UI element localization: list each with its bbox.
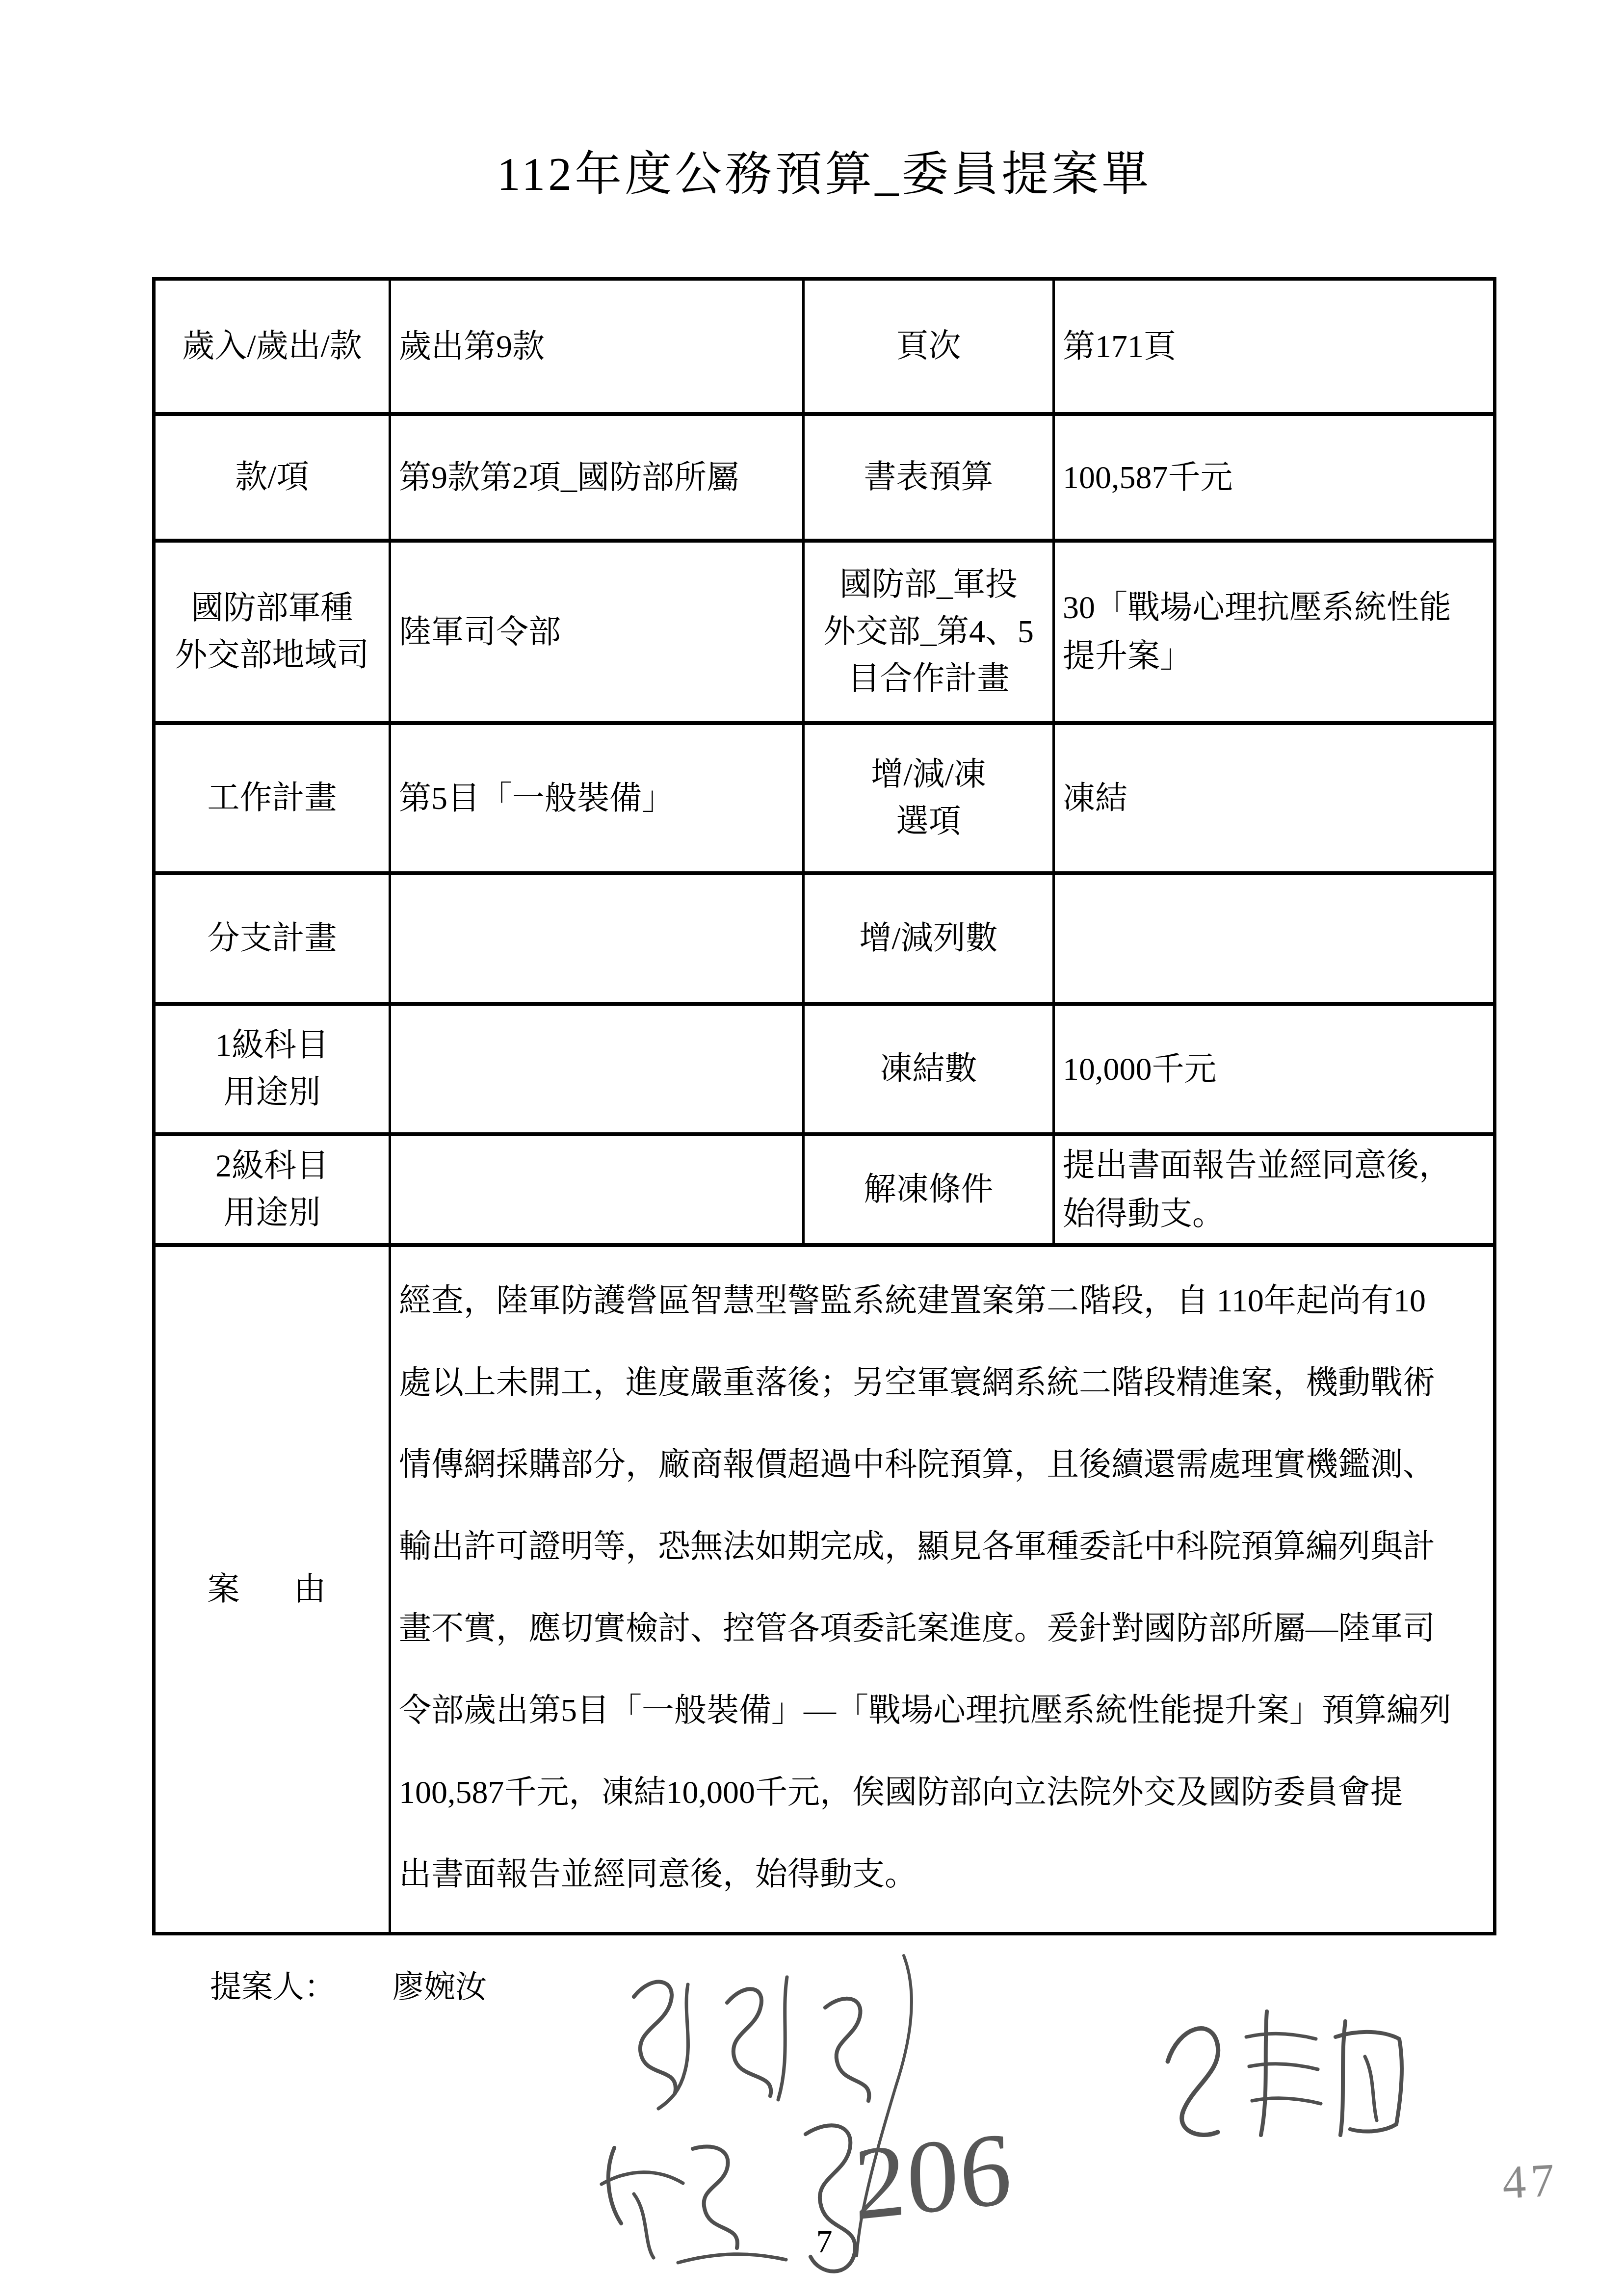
case-reason-text: 經查，陸軍防護營區智慧型警監系統建置案第二階段，自 110年起尚有10 處以上未… bbox=[391, 1247, 1493, 1932]
adjust-option-value: 凍結 bbox=[1055, 725, 1493, 875]
page-index-label: 頁次 bbox=[805, 281, 1055, 416]
level2-subject-label: 2級科目 用途別 bbox=[156, 1136, 391, 1247]
adjust-option-label: 增/減/凍 選項 bbox=[805, 725, 1055, 875]
frozen-amount-value: 10,000千元 bbox=[1055, 1006, 1493, 1136]
book-budget-label: 書表預算 bbox=[805, 416, 1055, 543]
handwritten-number-206: 206 bbox=[852, 2116, 1014, 2237]
case-reason-label: 案 由 bbox=[156, 1247, 391, 1932]
case-reason-line: 畫不實，應切實檢討、控管各項委託案進度。爰針對國防部所屬—陸軍司 bbox=[399, 1588, 1489, 1670]
service-branch-label: 國防部軍種 外交部地域司 bbox=[156, 543, 391, 725]
branch-plan-value bbox=[391, 875, 805, 1006]
frozen-amount-label: 凍結數 bbox=[805, 1006, 1055, 1136]
adjust-amount-label: 增/減列數 bbox=[805, 875, 1055, 1006]
work-plan-value: 第5目「一般裝備」 bbox=[391, 725, 805, 875]
level1-subject-value bbox=[391, 1006, 805, 1136]
adjust-amount-value bbox=[1055, 875, 1493, 1006]
proposal-table: 歲入/歲出/款 歲出第9款 頁次 第171頁 款/項 第9款第2項_國防部所屬 … bbox=[152, 277, 1496, 1935]
case-reason-line: 令部歲出第5目「一般裝備」—「戰場心理抗壓系統性能提升案」預算編列 bbox=[399, 1670, 1489, 1751]
cooperation-plan-label: 國防部_軍投 外交部_第4、5 目合作計畫 bbox=[805, 543, 1055, 725]
page-index-value: 第171頁 bbox=[1055, 281, 1493, 416]
case-reason-line: 情傳網採購部分，廠商報價超過中科院預算，且後續還需處理實機鑑測、 bbox=[399, 1424, 1489, 1506]
book-budget-value: 100,587千元 bbox=[1055, 416, 1493, 543]
level2-subject-value bbox=[391, 1136, 805, 1247]
budget-type-value: 歲出第9款 bbox=[391, 281, 805, 416]
handwritten-corner-number: 47 bbox=[1501, 2156, 1561, 2206]
branch-plan-label: 分支計畫 bbox=[156, 875, 391, 1006]
unfreeze-condition-value: 提出書面報告並經同意後， 始得動支。 bbox=[1055, 1136, 1493, 1247]
case-reason-line: 處以上未開工，進度嚴重落後；另空軍寰網系統二階段精進案，機動戰術 bbox=[399, 1342, 1489, 1424]
proposer-label: 提案人： bbox=[210, 1961, 336, 2007]
page-title: 112年度公務預算_委員提案單 bbox=[152, 136, 1496, 204]
cooperation-plan-value: 30「戰場心理抗壓系統性能 提升案」 bbox=[1055, 543, 1493, 725]
proposer-name: 廖婉汝 bbox=[393, 1961, 487, 2007]
work-plan-label: 工作計畫 bbox=[156, 725, 391, 875]
case-reason-line: 經查，陸軍防護營區智慧型警監系統建置案第二階段，自 110年起尚有10 bbox=[399, 1260, 1489, 1342]
level1-subject-label: 1級科目 用途別 bbox=[156, 1006, 391, 1136]
unfreeze-condition-label: 解凍條件 bbox=[805, 1136, 1055, 1247]
case-reason-line: 輸出許可證明等，恐無法如期完成，顯見各軍種委託中科院預算編列與計 bbox=[399, 1506, 1489, 1588]
signature-3 bbox=[1168, 2011, 1402, 2135]
service-branch-value: 陸軍司令部 bbox=[391, 543, 805, 725]
section-item-value: 第9款第2項_國防部所屬 bbox=[391, 416, 805, 543]
case-reason-line: 100,587千元，凍結10,000千元，俟國防部向立法院外交及國防委員會提 bbox=[399, 1751, 1489, 1833]
budget-type-label: 歲入/歲出/款 bbox=[156, 281, 391, 416]
case-reason-line: 出書面報告並經同意後，始得動支。 bbox=[399, 1833, 1489, 1915]
page-number: 7 bbox=[800, 2223, 849, 2261]
section-item-label: 款/項 bbox=[156, 416, 391, 543]
